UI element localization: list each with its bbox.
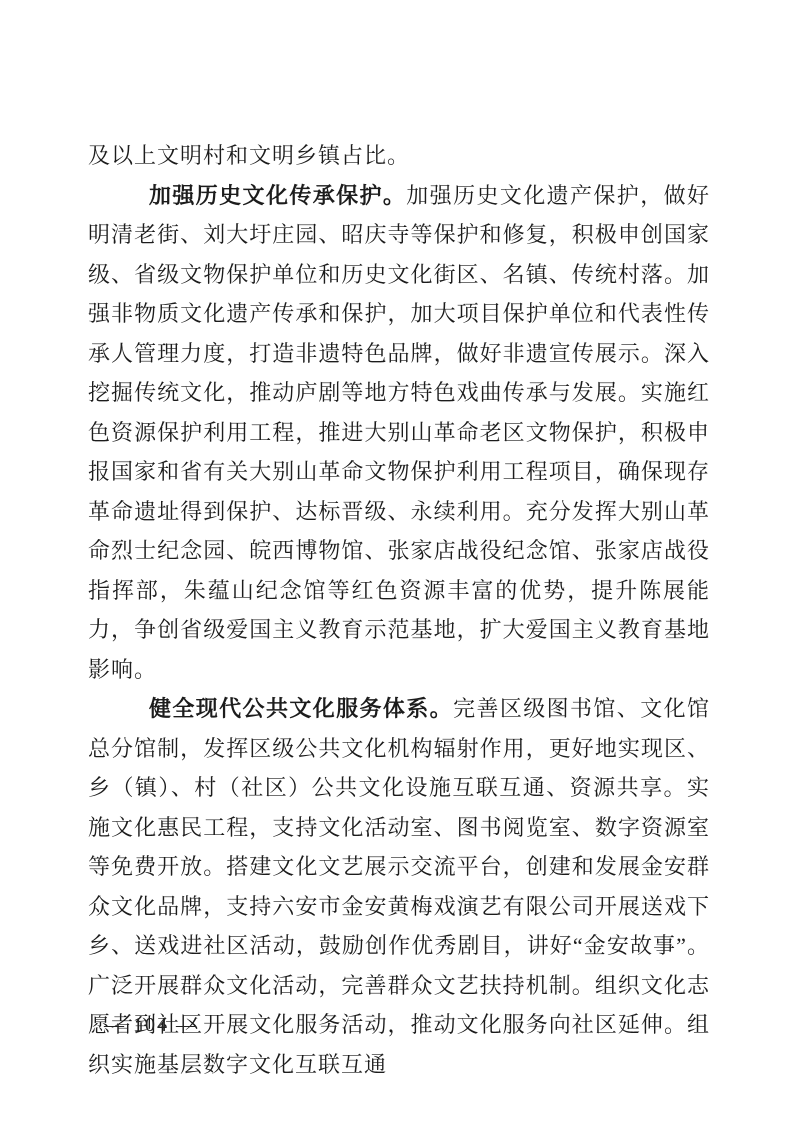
paragraph-lead: 健全现代公共文化服务体系。 bbox=[149, 696, 453, 721]
paragraph: 加强历史文化传承保护。加强历史文化遗产保护，做好明清老街、刘大圩庄园、昭庆寺等保… bbox=[88, 176, 710, 690]
document-body: 及以上文明村和文明乡镇占比。 加强历史文化传承保护。加强历史文化遗产保护，做好明… bbox=[88, 136, 710, 1084]
paragraph: 及以上文明村和文明乡镇占比。 bbox=[88, 136, 710, 176]
paragraph-lead: 加强历史文化传承保护。 bbox=[149, 183, 406, 208]
page-number: — 104 — bbox=[104, 1014, 198, 1037]
paragraph-text: 加强历史文化遗产保护，做好明清老街、刘大圩庄园、昭庆寺等保护和修复，积极申创国家… bbox=[88, 183, 710, 682]
paragraph-text: 及以上文明村和文明乡镇占比。 bbox=[88, 143, 410, 168]
document-page: 及以上文明村和文明乡镇占比。 加强历史文化传承保护。加强历史文化遗产保护，做好明… bbox=[0, 0, 793, 1122]
